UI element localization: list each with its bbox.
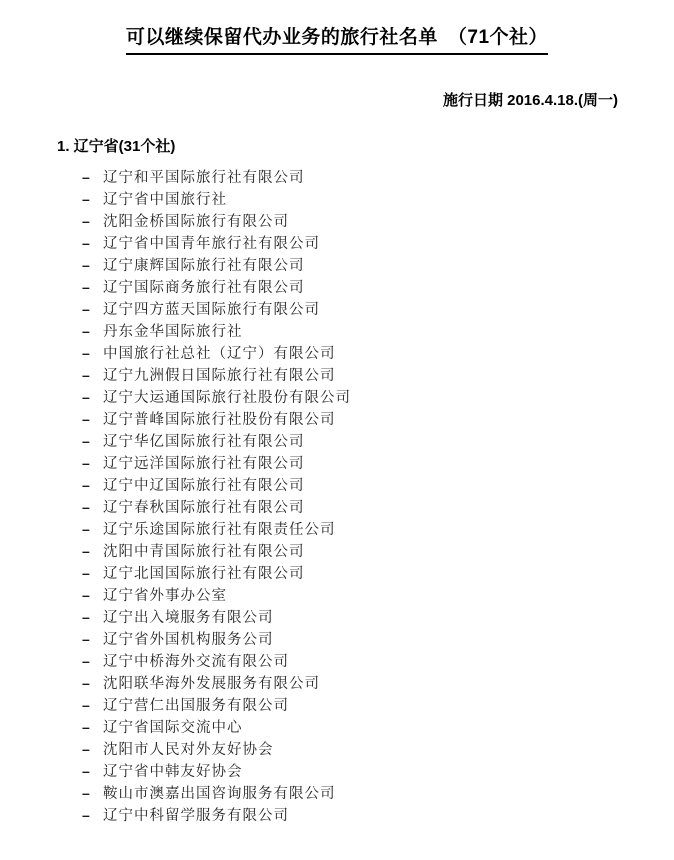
agency-name: 鞍山市澳嘉出国咨询服务有限公司 (103, 786, 336, 802)
document-page: 可以继续保留代办业务的旅行社名单 （71个社） 施行日期 2016.4.18.(… (0, 0, 674, 860)
agency-name: 沈阳中青国际旅行社有限公司 (103, 544, 305, 560)
list-item: –辽宁九洲假日国际旅行社有限公司 (82, 364, 674, 386)
agency-name: 辽宁乐途国际旅行社有限责任公司 (103, 522, 336, 538)
agency-name: 辽宁九洲假日国际旅行社有限公司 (103, 368, 336, 384)
dash-bullet: – (82, 210, 103, 232)
list-item: –辽宁营仁出国服务有限公司 (82, 694, 674, 716)
dash-bullet: – (82, 320, 103, 342)
dash-bullet: – (82, 518, 103, 540)
dash-bullet: – (82, 606, 103, 628)
agency-name: 辽宁中科留学服务有限公司 (103, 808, 289, 824)
dash-bullet: – (82, 650, 103, 672)
list-item: –辽宁中桥海外交流有限公司 (82, 650, 674, 672)
dash-bullet: – (82, 562, 103, 584)
list-item: –沈阳中青国际旅行社有限公司 (82, 540, 674, 562)
list-item: –辽宁康辉国际旅行社有限公司 (82, 254, 674, 276)
list-item: –辽宁春秋国际旅行社有限公司 (82, 496, 674, 518)
agency-name: 辽宁远洋国际旅行社有限公司 (103, 456, 305, 472)
dash-bullet: – (82, 342, 103, 364)
list-item: –辽宁省中国青年旅行社有限公司 (82, 232, 674, 254)
agency-name: 辽宁中辽国际旅行社有限公司 (103, 478, 305, 494)
list-item: –沈阳金桥国际旅行有限公司 (82, 210, 674, 232)
agency-name: 中国旅行社总社（辽宁）有限公司 (103, 346, 336, 362)
dash-bullet: – (82, 254, 103, 276)
dash-bullet: – (82, 738, 103, 760)
dash-bullet: – (82, 298, 103, 320)
list-item: –辽宁国际商务旅行社有限公司 (82, 276, 674, 298)
dash-bullet: – (82, 716, 103, 738)
agency-name: 沈阳金桥国际旅行有限公司 (103, 214, 289, 230)
agency-name: 辽宁康辉国际旅行社有限公司 (103, 258, 305, 274)
agency-name: 辽宁省外事办公室 (103, 588, 227, 604)
list-item: –中国旅行社总社（辽宁）有限公司 (82, 342, 674, 364)
agency-name: 辽宁省外国机构服务公司 (103, 632, 274, 648)
agency-name: 辽宁和平国际旅行社有限公司 (103, 170, 305, 186)
dash-bullet: – (82, 188, 103, 210)
list-item: –鞍山市澳嘉出国咨询服务有限公司 (82, 782, 674, 804)
list-item: –沈阳联华海外发展服务有限公司 (82, 672, 674, 694)
dash-bullet: – (82, 804, 103, 826)
dash-bullet: – (82, 584, 103, 606)
dash-bullet: – (82, 166, 103, 188)
title-row: 可以继续保留代办业务的旅行社名单 （71个社） (0, 26, 674, 55)
agency-name: 辽宁省中韩友好协会 (103, 764, 243, 780)
section-heading: 1. 辽宁省(31个社) (57, 138, 674, 155)
dash-bullet: – (82, 628, 103, 650)
dash-bullet: – (82, 430, 103, 452)
agency-name: 辽宁北国国际旅行社有限公司 (103, 566, 305, 582)
list-item: –辽宁省国际交流中心 (82, 716, 674, 738)
list-item: –辽宁中科留学服务有限公司 (82, 804, 674, 826)
list-item: –辽宁省中韩友好协会 (82, 760, 674, 782)
agency-name: 丹东金华国际旅行社 (103, 324, 243, 340)
agency-list: –辽宁和平国际旅行社有限公司–辽宁省中国旅行社–沈阳金桥国际旅行有限公司–辽宁省… (82, 166, 674, 826)
list-item: –辽宁华亿国际旅行社有限公司 (82, 430, 674, 452)
dash-bullet: – (82, 364, 103, 386)
agency-name: 辽宁中桥海外交流有限公司 (103, 654, 289, 670)
dash-bullet: – (82, 474, 103, 496)
list-item: –辽宁和平国际旅行社有限公司 (82, 166, 674, 188)
list-item: –辽宁普峰国际旅行社股份有限公司 (82, 408, 674, 430)
agency-name: 辽宁省中国旅行社 (103, 192, 227, 208)
dash-bullet: – (82, 496, 103, 518)
effective-date: 施行日期 2016.4.18.(周一) (0, 92, 674, 109)
list-item: –辽宁远洋国际旅行社有限公司 (82, 452, 674, 474)
agency-name: 辽宁出入境服务有限公司 (103, 610, 274, 626)
dash-bullet: – (82, 386, 103, 408)
dash-bullet: – (82, 782, 103, 804)
list-item: –辽宁省外事办公室 (82, 584, 674, 606)
agency-name: 辽宁华亿国际旅行社有限公司 (103, 434, 305, 450)
list-item: –辽宁省中国旅行社 (82, 188, 674, 210)
agency-name: 辽宁省中国青年旅行社有限公司 (103, 236, 320, 252)
agency-name: 沈阳市人民对外友好协会 (103, 742, 274, 758)
dash-bullet: – (82, 694, 103, 716)
agency-name: 辽宁大运通国际旅行社股份有限公司 (103, 390, 351, 406)
dash-bullet: – (82, 452, 103, 474)
agency-name: 辽宁国际商务旅行社有限公司 (103, 280, 305, 296)
agency-name: 辽宁四方蓝天国际旅行有限公司 (103, 302, 320, 318)
agency-name: 辽宁营仁出国服务有限公司 (103, 698, 289, 714)
list-item: –辽宁乐途国际旅行社有限责任公司 (82, 518, 674, 540)
agency-name: 辽宁省国际交流中心 (103, 720, 243, 736)
list-item: –辽宁大运通国际旅行社股份有限公司 (82, 386, 674, 408)
dash-bullet: – (82, 408, 103, 430)
list-item: –沈阳市人民对外友好协会 (82, 738, 674, 760)
list-item: –辽宁四方蓝天国际旅行有限公司 (82, 298, 674, 320)
agency-name: 辽宁普峰国际旅行社股份有限公司 (103, 412, 336, 428)
dash-bullet: – (82, 760, 103, 782)
agency-name: 沈阳联华海外发展服务有限公司 (103, 676, 320, 692)
list-item: –辽宁出入境服务有限公司 (82, 606, 674, 628)
list-item: –丹东金华国际旅行社 (82, 320, 674, 342)
list-item: –辽宁省外国机构服务公司 (82, 628, 674, 650)
agency-name: 辽宁春秋国际旅行社有限公司 (103, 500, 305, 516)
dash-bullet: – (82, 276, 103, 298)
list-item: –辽宁北国国际旅行社有限公司 (82, 562, 674, 584)
dash-bullet: – (82, 232, 103, 254)
list-item: –辽宁中辽国际旅行社有限公司 (82, 474, 674, 496)
dash-bullet: – (82, 672, 103, 694)
document-title: 可以继续保留代办业务的旅行社名单 （71个社） (126, 26, 548, 55)
dash-bullet: – (82, 540, 103, 562)
